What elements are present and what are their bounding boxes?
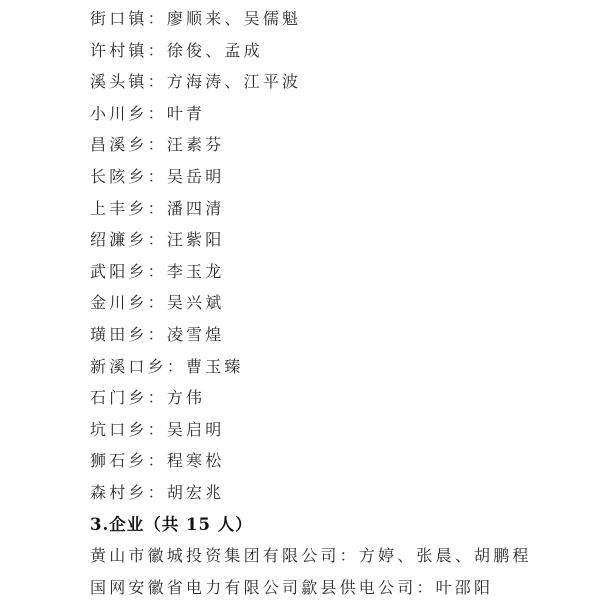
document-page: 街口镇：廖顺来、吴儒魁 许村镇：徐俊、孟成 溪头镇：方海涛、江平波 小川乡：叶青… <box>90 3 590 603</box>
list-item: 绍濂乡：汪紫阳 <box>90 224 590 256</box>
list-item: 街口镇：廖顺来、吴儒魁 <box>90 3 590 35</box>
list-item: 溪头镇：方海涛、江平波 <box>90 66 590 98</box>
separator: ： <box>148 262 167 281</box>
list-item: 新溪口乡：曹玉臻 <box>90 351 590 383</box>
list-item: 石门乡：方伟 <box>90 382 590 414</box>
separator: ： <box>148 230 167 249</box>
separator: ： <box>167 357 186 376</box>
separator: ： <box>340 546 359 565</box>
separator: ： <box>148 167 167 186</box>
list-item: 武阳乡：李玉龙 <box>90 256 590 288</box>
person-names: 方婷、张晨、胡鹏程 <box>359 546 532 565</box>
person-names: 胡宏兆 <box>167 483 225 502</box>
separator: ： <box>148 420 167 439</box>
separator: ： <box>148 325 167 344</box>
separator: ： <box>148 451 167 470</box>
person-names: 徐俊、孟成 <box>167 41 263 60</box>
township-name: 新溪口乡 <box>90 357 167 376</box>
township-name: 璜田乡 <box>90 325 148 344</box>
township-name: 上丰乡 <box>90 199 148 218</box>
section-heading-enterprise: 3.企业（共 15 人） <box>90 509 590 541</box>
township-name: 长陔乡 <box>90 167 148 186</box>
township-name: 石门乡 <box>90 388 148 407</box>
list-item: 璜田乡：凌雪煌 <box>90 319 590 351</box>
list-item: 长陔乡：吴岳明 <box>90 161 590 193</box>
person-names: 程寒松 <box>167 451 225 470</box>
separator: ： <box>416 578 435 597</box>
person-names: 曹玉臻 <box>186 357 244 376</box>
township-name: 坑口乡 <box>90 420 148 439</box>
person-names: 方海涛、江平波 <box>167 72 301 91</box>
list-item: 金川乡：吴兴斌 <box>90 287 590 319</box>
separator: ： <box>148 72 167 91</box>
township-name: 溪头镇 <box>90 72 148 91</box>
separator: ： <box>148 388 167 407</box>
list-item: 坑口乡：吴启明 <box>90 414 590 446</box>
township-name: 许村镇 <box>90 41 148 60</box>
list-item: 黄山市徽城投资集团有限公司：方婷、张晨、胡鹏程 <box>90 540 590 572</box>
person-names: 方伟 <box>167 388 205 407</box>
township-name: 昌溪乡 <box>90 135 148 154</box>
list-item: 森村乡：胡宏兆 <box>90 477 590 509</box>
person-names: 潘四清 <box>167 199 225 218</box>
township-name: 森村乡 <box>90 483 148 502</box>
list-item: 上丰乡：潘四清 <box>90 193 590 225</box>
township-name: 武阳乡 <box>90 262 148 281</box>
separator: ： <box>148 293 167 312</box>
township-name: 街口镇 <box>90 9 148 28</box>
township-name: 小川乡 <box>90 104 148 123</box>
separator: ： <box>148 9 167 28</box>
separator: ： <box>148 135 167 154</box>
list-item: 狮石乡：程寒松 <box>90 445 590 477</box>
person-names: 吴兴斌 <box>167 293 225 312</box>
separator: ： <box>148 41 167 60</box>
enterprise-name: 国网安徽省电力有限公司歙县供电公司 <box>90 578 416 597</box>
person-names: 李玉龙 <box>167 262 225 281</box>
person-names: 吴启明 <box>167 420 225 439</box>
enterprise-name: 黄山市徽城投资集团有限公司 <box>90 546 340 565</box>
separator: ： <box>148 483 167 502</box>
separator: ： <box>148 104 167 123</box>
list-item: 小川乡：叶青 <box>90 98 590 130</box>
person-names: 吴岳明 <box>167 167 225 186</box>
list-item: 昌溪乡：汪素芬 <box>90 129 590 161</box>
list-item: 国网安徽省电力有限公司歙县供电公司：叶邵阳 <box>90 572 590 604</box>
person-names: 廖顺来、吴儒魁 <box>167 9 301 28</box>
person-names: 叶青 <box>167 104 205 123</box>
person-names: 汪紫阳 <box>167 230 225 249</box>
separator: ： <box>148 199 167 218</box>
person-names: 汪素芬 <box>167 135 225 154</box>
township-name: 金川乡 <box>90 293 148 312</box>
township-name: 绍濂乡 <box>90 230 148 249</box>
person-names: 叶邵阳 <box>436 578 494 597</box>
person-names: 凌雪煌 <box>167 325 225 344</box>
township-name: 狮石乡 <box>90 451 148 470</box>
list-item: 许村镇：徐俊、孟成 <box>90 35 590 67</box>
